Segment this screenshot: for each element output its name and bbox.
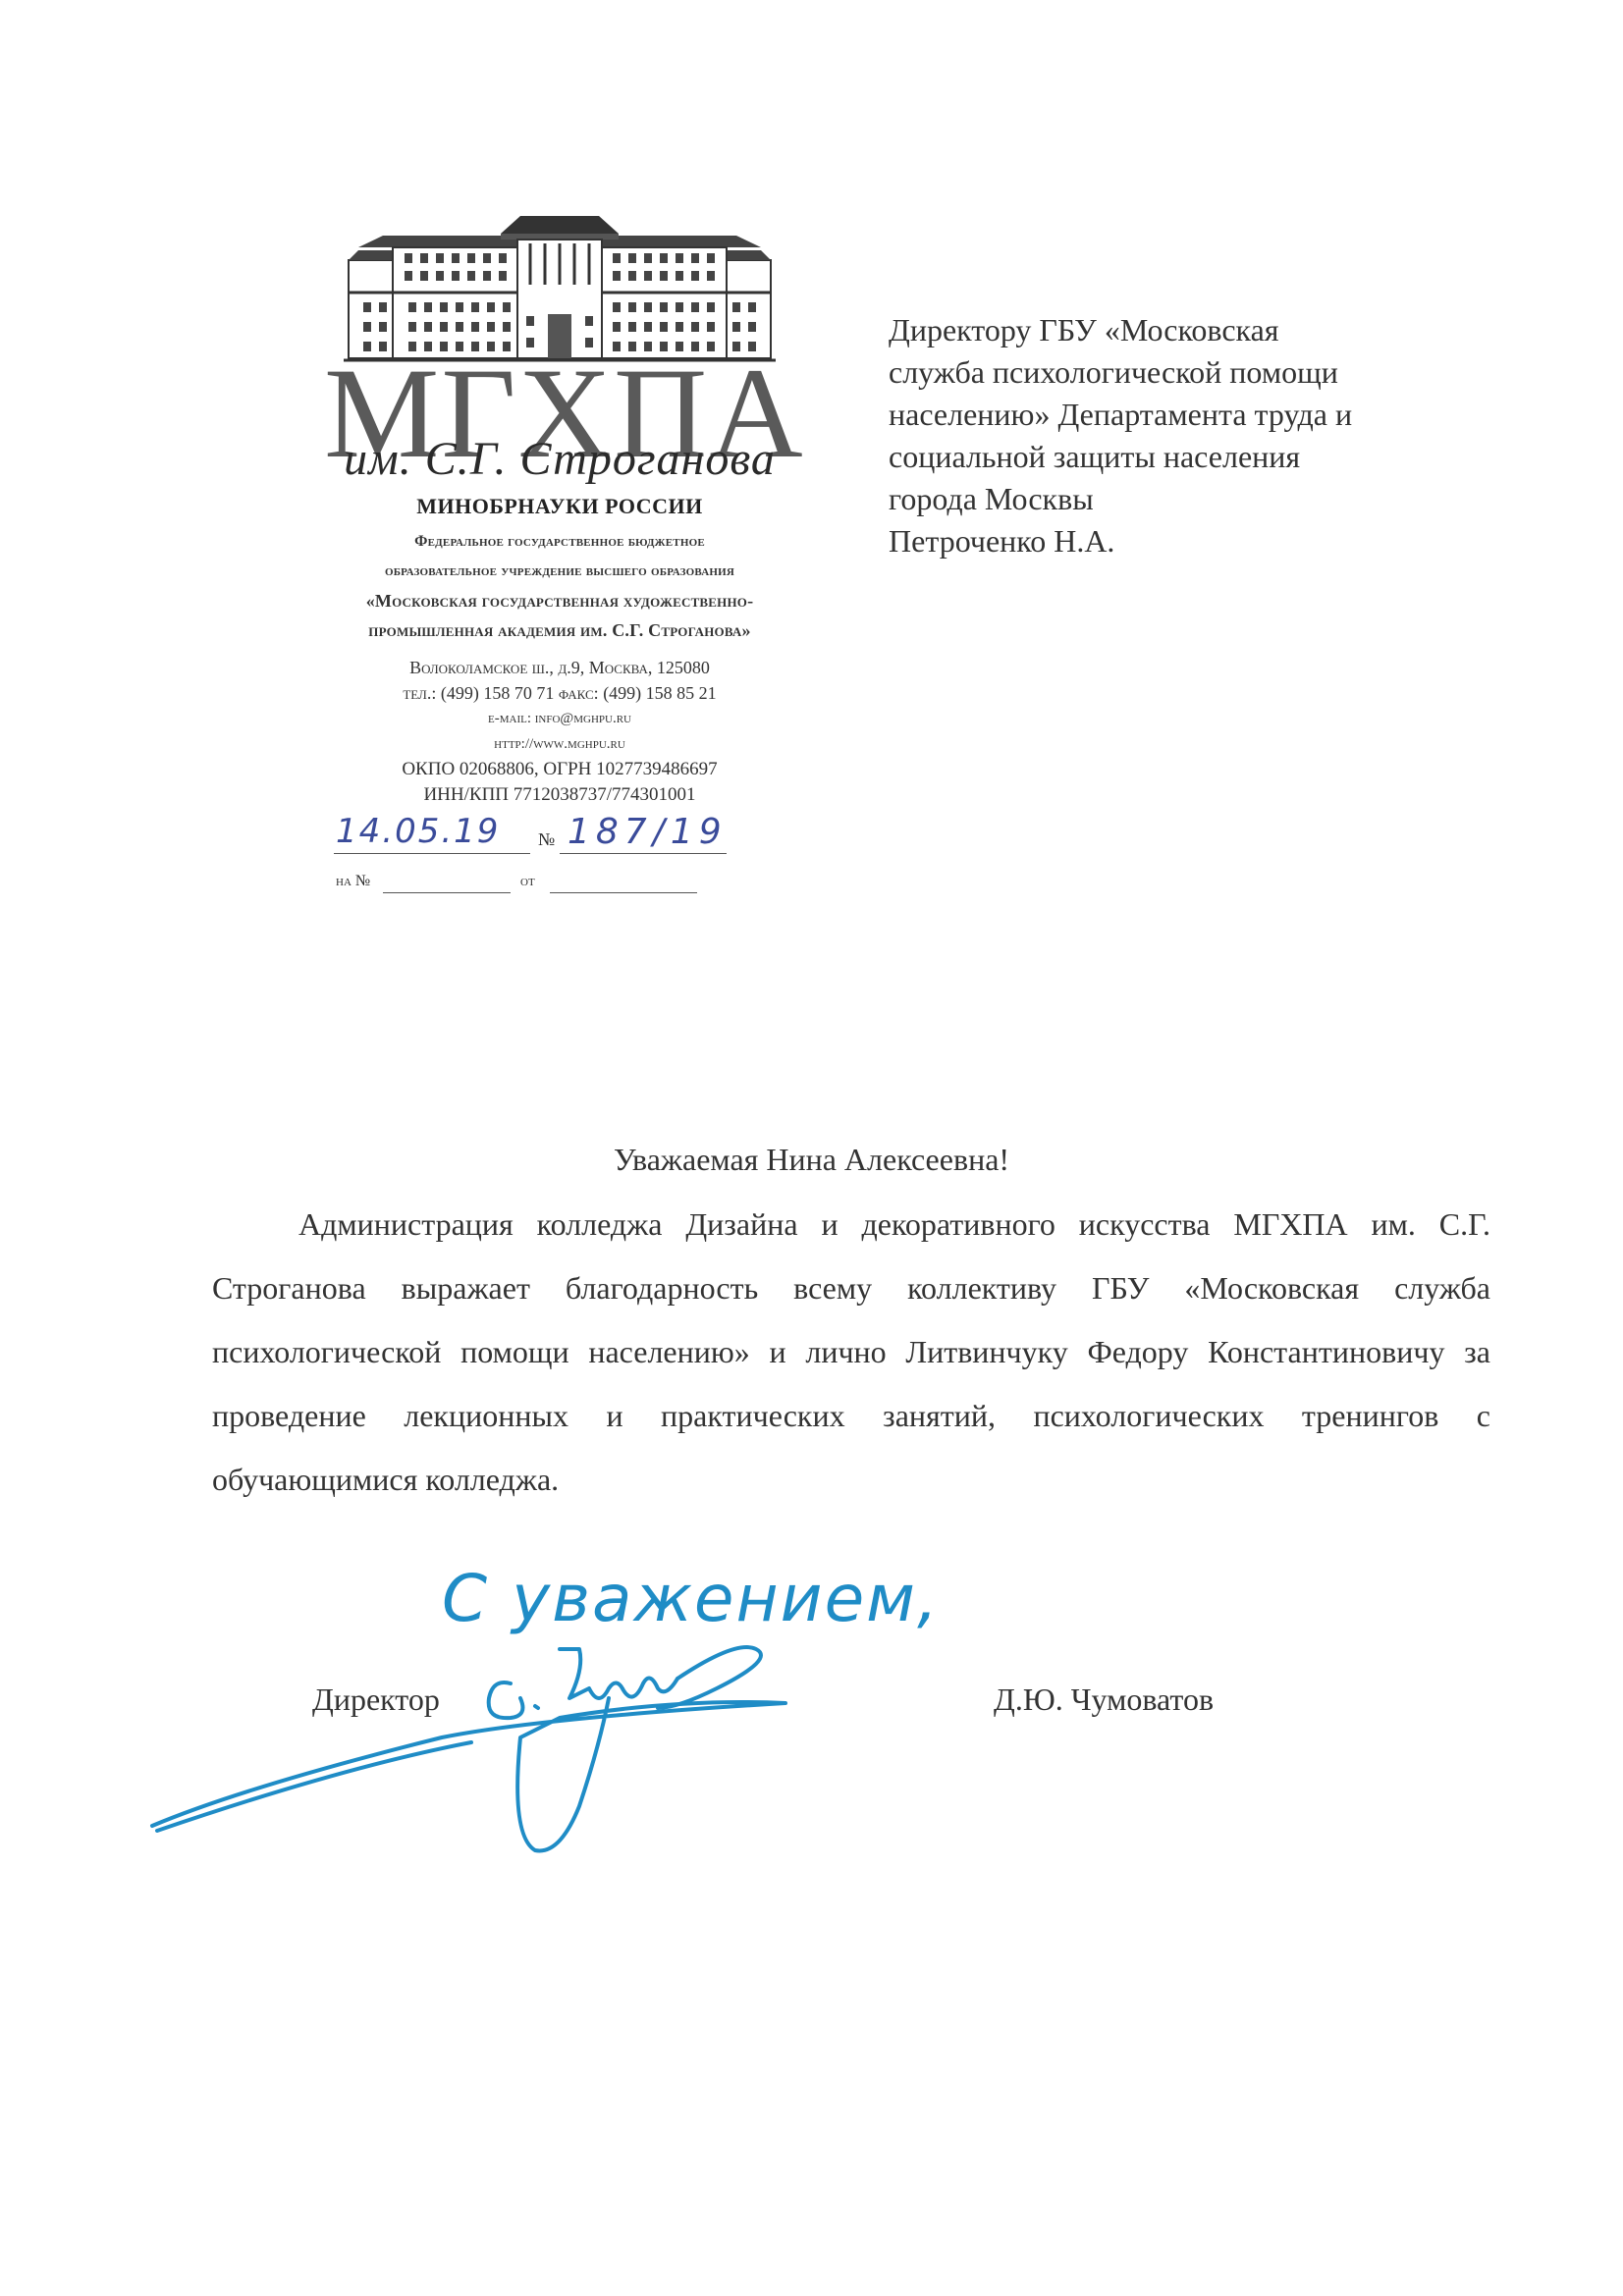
okpo-ogrn: ОКПО 02068806, ОГРН 1027739486697 xyxy=(324,757,795,782)
signature-icon xyxy=(147,1629,992,1865)
org-line: промышленная академия им. С.Г. Строганов… xyxy=(324,615,795,645)
salutation: Уважаемая Нина Алексеевна! xyxy=(0,1142,1623,1178)
number-label: № xyxy=(538,829,555,850)
org-line: Федеральное государственное бюджетное xyxy=(324,527,795,557)
email: e-mail: info@mghpu.ru xyxy=(324,706,795,731)
handwritten-number: 187/19 xyxy=(568,812,728,852)
letter-body: Администрация колледжа Дизайна и декорат… xyxy=(212,1193,1490,1512)
ref-date-blank xyxy=(550,892,697,893)
addressee-line: города Москвы xyxy=(889,478,1478,520)
handwritten-closing: С уважением, xyxy=(442,1561,940,1636)
logo-script-name: им. С.Г. Строганова xyxy=(324,432,795,486)
addressee-line: населению» Департамента труда и xyxy=(889,394,1478,436)
reference-line: на № от xyxy=(324,863,795,898)
phone-fax: тел.: (499) 158 70 71 факс: (499) 158 85… xyxy=(324,680,795,706)
website: http://www.mghpu.ru xyxy=(324,731,795,757)
organization-full-name: Федеральное государственное бюджетное об… xyxy=(324,527,795,645)
ref-number-label: на № xyxy=(336,873,370,890)
academy-building-logo-icon xyxy=(344,206,776,363)
ref-from-label: от xyxy=(520,873,535,890)
outgoing-registration-line: 14.05.19 № 187/19 xyxy=(324,812,795,855)
letter-body-text: Администрация колледжа Дизайна и декорат… xyxy=(212,1206,1490,1497)
inn-kpp: ИНН/КПП 7712038737/774301001 xyxy=(324,782,795,808)
ref-number-blank xyxy=(383,892,511,893)
addressee-line: социальной защиты населения xyxy=(889,436,1478,478)
addressee-line: Директору ГБУ «Московская xyxy=(889,309,1478,351)
addressee-block: Директору ГБУ «Московская служба психоло… xyxy=(889,309,1478,562)
handwritten-date: 14.05.19 xyxy=(336,812,500,851)
address: Волоколамское ш., д.9, Москва, 125080 xyxy=(324,655,795,680)
addressee-line: служба психологической помощи xyxy=(889,351,1478,394)
signatory-name: Д.Ю. Чумоватов xyxy=(994,1682,1214,1718)
contacts-block: Волоколамское ш., д.9, Москва, 125080 те… xyxy=(324,655,795,757)
org-line: образовательное учреждение высшего образ… xyxy=(324,557,795,586)
org-line: «Московская государственная художественн… xyxy=(324,586,795,615)
addressee-name: Петроченко Н.А. xyxy=(889,520,1478,562)
registration-codes: ОКПО 02068806, ОГРН 1027739486697 ИНН/КП… xyxy=(324,757,795,808)
number-underline xyxy=(560,853,727,854)
letterhead: МГХПА им. С.Г. Строганова МИНОБРНАУКИ РО… xyxy=(324,206,795,898)
date-underline xyxy=(334,853,530,854)
ministry-name: МИНОБРНАУКИ РОССИИ xyxy=(324,494,795,519)
